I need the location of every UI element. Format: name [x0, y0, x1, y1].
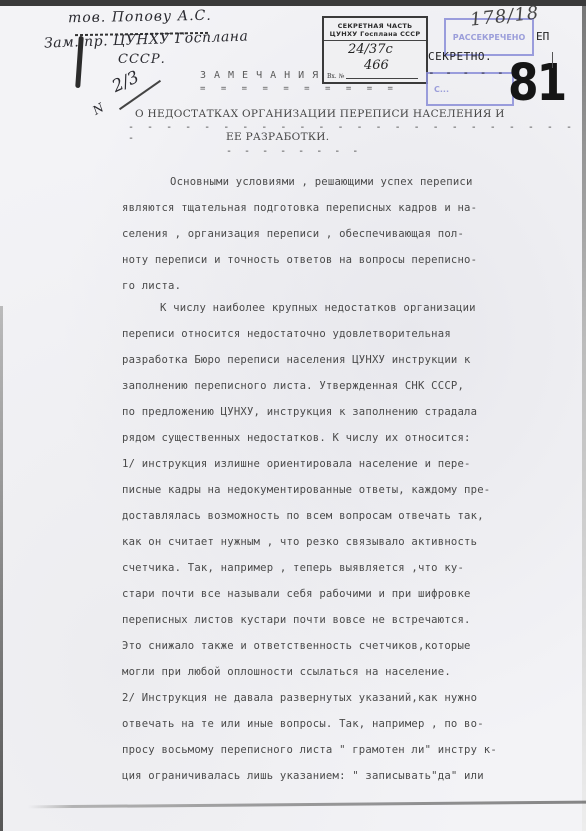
- stamp-incoming-label: Вх. №: [327, 73, 344, 80]
- body-line: ция ограничивалась лишь указанием: " зап…: [122, 770, 484, 782]
- body-line: по предложению ЦУНХУ, инструкция к запол…: [122, 406, 477, 418]
- stamp-line-1: СЕКРЕТНАЯ ЧАСТЬ: [324, 22, 426, 30]
- folio-number: 81: [508, 54, 565, 113]
- subtitle-underline-1: - - - - - - - - - - - - - - - - - - - - …: [128, 122, 586, 144]
- body-line: стари почти все называли себя рабочими и…: [122, 588, 471, 600]
- body-line: 1/ инструкция излишне ориентировала насе…: [122, 458, 471, 470]
- document-subtitle-line-2: ЕЕ РАЗРАБОТКИ.: [226, 131, 329, 143]
- folio-tick-mark: [552, 52, 553, 68]
- body-line: 2/ Инструкция не давала развернутых указ…: [122, 692, 477, 704]
- body-line: являются тщательная подготовка переписны…: [122, 202, 477, 214]
- body-line: переписи относится недостаточно удовлетв…: [122, 328, 451, 340]
- body-line: разработка Бюро переписи населения ЦУНХУ…: [122, 354, 471, 366]
- body-line: счетчика. Так, например , теперь выявляе…: [122, 562, 464, 574]
- handwritten-addressee-name: тов. Попову А.С.: [68, 8, 212, 27]
- handwritten-addressee-title: Зам. пр. ЦУНХУ Госплана: [44, 28, 249, 51]
- body-line: писные кадры на недокументированные отве…: [122, 484, 490, 496]
- scanned-page: тов. Попову А.С. Зам. пр. ЦУНХУ Госплана…: [0, 6, 586, 831]
- label-ep: ЕП: [536, 30, 549, 43]
- body-line: просу восьмому переписного листа " грамо…: [122, 744, 497, 756]
- classification-underline: - - - - -: [428, 66, 506, 79]
- subtitle-underline-2: - - - - - - - -: [226, 146, 361, 157]
- document-subtitle-line-1: О НЕДОСТАТКАХ ОРГАНИЗАЦИИ ПЕРЕПИСИ НАСЕЛ…: [135, 108, 505, 120]
- handwritten-addressee-country: СССР.: [118, 52, 166, 67]
- body-line: го листа.: [122, 280, 181, 292]
- classification-label: СЕКРЕТНО.: [428, 50, 492, 63]
- scan-left-edge: [0, 306, 3, 831]
- body-line: отвечать на те или иные вопросы. Так, на…: [122, 718, 484, 730]
- body-line: переписных листов кустари почти вовсе не…: [122, 614, 471, 626]
- secret-department-stamp: СЕКРЕТНАЯ ЧАСТЬ ЦУНХУ Госплана СССР 24/3…: [322, 16, 428, 84]
- stamp-handwritten-number: 24/37с: [348, 42, 393, 57]
- stamp-incoming-line: [346, 78, 418, 79]
- margin-handwritten-number: 2/3: [109, 67, 142, 97]
- document-title: ЗАМЕЧАНИЯ: [200, 70, 326, 81]
- body-line: как он считает нужным , что резко связыв…: [122, 536, 477, 548]
- margin-handwritten-mark: N: [90, 100, 106, 117]
- bottom-fold-line: [28, 801, 586, 809]
- stamp-handwritten-incoming: 466: [364, 58, 389, 73]
- body-line: К числу наиболее крупных недостатков орг…: [160, 302, 476, 314]
- body-line: ноту переписи и точность ответов на вопр…: [122, 254, 477, 266]
- title-double-underline: = = = = = = = = = =: [200, 84, 398, 94]
- body-line: селения , организация переписи , обеспеч…: [122, 228, 464, 240]
- body-line: Это снижало также и ответственность счет…: [122, 640, 471, 652]
- stamp-rule: [324, 40, 426, 41]
- body-line: доставлялась возможность по всем вопроса…: [122, 510, 484, 522]
- body-line: Основными условиями , решающими успех пе…: [170, 176, 473, 188]
- body-line: рядом существенных недостатков. К числу …: [122, 432, 471, 444]
- body-line: заполнению переписного листа. Утвержденн…: [122, 380, 464, 392]
- stamp-line-2: ЦУНХУ Госплана СССР: [324, 30, 426, 38]
- body-line: могли при любой оплошности ссылаться на …: [122, 666, 451, 678]
